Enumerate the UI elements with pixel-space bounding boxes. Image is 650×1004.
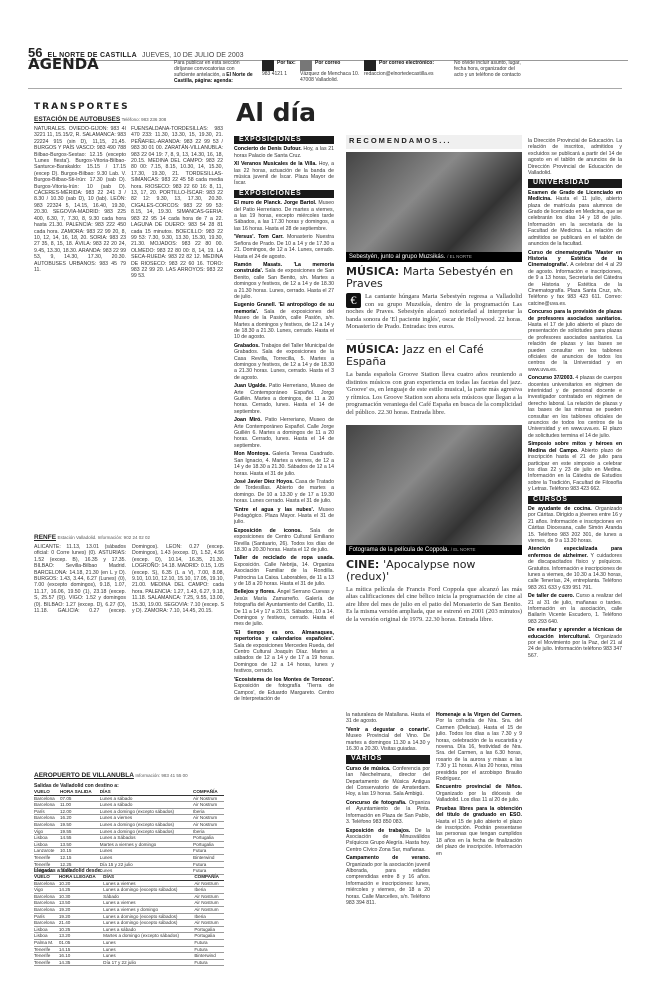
table-cell: Futura bbox=[194, 939, 224, 946]
renfe-schedule: ALICANTE: 11.13, 13.01 (sábados oficial:… bbox=[34, 544, 224, 766]
sebestyen-photo: Sebestyén, junto al grupo Muzsikás. / EL… bbox=[346, 152, 522, 262]
table-cell: Barcelona bbox=[34, 802, 60, 809]
listing-detail: la naturaleza de Matallana. Hasta el 31 … bbox=[346, 712, 430, 724]
table-row: Lisboa10.25Lunes a sábadoPortugalia bbox=[34, 926, 224, 933]
table-cell: Tenerife bbox=[34, 854, 60, 861]
story-headline-apocalypse: CINE: 'Apocalypse now (redux)' bbox=[346, 559, 522, 583]
listing-title: 'Versus'. Tom Carr. bbox=[234, 234, 284, 240]
table-cell: 16.20 bbox=[60, 815, 100, 822]
table-cell: Lunes bbox=[103, 939, 194, 946]
intro-note: Para publicar en esta sección diríjanse … bbox=[174, 60, 254, 84]
table-cell: Martes a viernes y domingo bbox=[100, 841, 193, 848]
col5-list: Homenaje a la Virgen del Carmen. Por la … bbox=[436, 712, 522, 857]
listing-detail: Y cuidadores de discapacitados físico y … bbox=[528, 553, 622, 591]
listing-detail: Museo Provincial del Vino. De martes a d… bbox=[346, 733, 430, 752]
listing-detail: Abierto plazo de inscripción hasta el 21… bbox=[528, 448, 622, 492]
listing-item: la naturaleza de Matallana. Hasta el 31 … bbox=[346, 712, 430, 725]
listing-detail: Organizado por la asociación juvenil Alb… bbox=[346, 862, 430, 906]
bus-station-title: ESTACIÓN DE AUTOBUSES bbox=[34, 116, 120, 123]
listing-item: Curso de cinematografía 'Master en Histo… bbox=[528, 250, 622, 308]
table-cell: Vigo bbox=[34, 828, 60, 835]
listing-item: Curso de música. Conferencia por Ian Nie… bbox=[346, 766, 430, 798]
listing-item: Concurso para la provisión de plazas de … bbox=[528, 309, 622, 373]
table-cell: Futura bbox=[193, 848, 224, 855]
table-cell: Lunes bbox=[100, 848, 193, 855]
listing-detail: Ángel Serrano Cuevas y Jesús María Zamar… bbox=[234, 589, 334, 627]
story-body-sebestyen: €La cantante húngara Marta Sebestyén reg… bbox=[346, 293, 522, 331]
table-cell: Air Nostrum bbox=[193, 815, 224, 822]
table-cell: 11.00 bbox=[60, 802, 100, 809]
table-cell: Air Nostrum bbox=[193, 821, 224, 828]
table-row: París19.20Lunes a domingo (excepto sábad… bbox=[34, 913, 224, 920]
recommendations: Sebestyén, junto al grupo Muzsikás. / EL… bbox=[346, 152, 522, 624]
table-cell: 10.25 bbox=[59, 926, 103, 933]
cursos-list: De ayudante de cocina. Organizado por Cá… bbox=[528, 506, 622, 659]
listing-item: Ramón Masats. 'La memoria construida'. S… bbox=[234, 262, 334, 300]
listing-title: Exposición de trabajos. bbox=[346, 828, 410, 834]
table-cell: Lisboa bbox=[34, 835, 60, 842]
computer-icon bbox=[364, 60, 376, 71]
table-cell: Martes a domingo (excepto sábados) bbox=[103, 933, 194, 940]
listing-title: Curso de música. bbox=[346, 766, 390, 772]
table-row: Barcelona19.20Lunes a viernes y domingoA… bbox=[34, 906, 224, 913]
table-cell: 19.20 bbox=[59, 906, 103, 913]
bus-schedule-col1: NATURALES. OVIEDO-GIJÓN: 983 4I 3221 11,… bbox=[34, 126, 126, 521]
listing-item: Encuentro provincial de Niños. Organizad… bbox=[436, 784, 522, 803]
mail-label: Por correo bbox=[315, 60, 340, 66]
table-cell: Tenerife bbox=[34, 861, 60, 868]
table-cell: Lunes a domingo (excepto sábados) bbox=[100, 828, 193, 835]
listing-title: Pruebas libres para la obtención del tít… bbox=[436, 806, 522, 818]
caption-text: Fotograma de la película de Coppola. bbox=[349, 547, 449, 553]
table-row: Barcelona10.20Lunes a viernesAir Nostrum bbox=[34, 880, 224, 887]
listing-detail: Hasta el 17 de julio abierto el plazo de… bbox=[528, 322, 622, 373]
listing-item: De enseñar y aprender a técnicas de educ… bbox=[528, 627, 622, 659]
table-cell: 14.55 bbox=[60, 835, 100, 842]
table-row: Tenerife12.25Día 15 y 22 julioFutura bbox=[34, 861, 224, 868]
listing-title: Grabados. bbox=[234, 343, 260, 349]
table-cell: Lunes bbox=[103, 953, 194, 960]
column-varios: la naturaleza de Matallana. Hasta el 31 … bbox=[346, 712, 430, 1002]
table-cell: Air Nostrum bbox=[194, 920, 224, 927]
table-cell: 12.15 bbox=[60, 854, 100, 861]
table-cell: 13.20 bbox=[59, 933, 103, 940]
listing-title: Exposición de iconos. bbox=[234, 528, 302, 534]
table-cell: Barcelona bbox=[34, 900, 59, 907]
table-cell: Barcelona bbox=[34, 815, 60, 822]
coppola-photo: Fotograma de la película de Coppola. / E… bbox=[346, 425, 522, 555]
listing-title: Campamento de verano. bbox=[346, 855, 430, 861]
table-cell: Lunes bbox=[100, 854, 193, 861]
listing-detail: Sala de exposiciones Mercedes Rueda, del… bbox=[234, 643, 334, 675]
table-cell: 14.25 bbox=[59, 887, 103, 894]
photo-caption: Sebestyén, junto al grupo Muzsikás. / EL… bbox=[346, 252, 522, 262]
fax-value: 983 4121 1 bbox=[262, 71, 287, 77]
story-headline-sebestyen: MÚSICA: Marta Sebestyén en Praves bbox=[346, 266, 522, 290]
table-row: París12.00Lunes a domingo (excepto sábad… bbox=[34, 808, 224, 815]
table-row: Palma M.01.05LunesFutura bbox=[34, 939, 224, 946]
mail-value: Vázquez de Menchaca 10. 47008 Valladolid… bbox=[300, 71, 359, 83]
table-cell: 19.55 bbox=[60, 828, 100, 835]
table-cell: Lisboa bbox=[34, 926, 59, 933]
listing-item: Grabados. Trabajos del Taller Municipal … bbox=[234, 343, 334, 381]
listing-title: 'Venir a degustar o conarte'. bbox=[346, 727, 430, 733]
story-body-jazz: La banda española Groove Station lleva c… bbox=[346, 371, 522, 417]
table-cell: Día 17 y 22 julio bbox=[103, 959, 194, 966]
body-text: La cantante húngara Marta Sebestyén regr… bbox=[346, 293, 522, 330]
table-cell: Lunes a domingo (excepto sábados) bbox=[103, 913, 194, 920]
table-cell: Barcelona bbox=[34, 920, 59, 927]
table-cell: Air Nostrum bbox=[194, 900, 224, 907]
table-cell: 19.50 bbox=[60, 821, 100, 828]
photo-credit: / EL NORTE bbox=[451, 547, 476, 552]
table-cell: Lisboa bbox=[34, 933, 59, 940]
listing-detail: Exposición. Calle Nebrija, 14. Organiza … bbox=[234, 562, 334, 587]
listing-title: 'Ecosistema de los Montes de Torozos'. bbox=[234, 677, 334, 683]
listing-title: José Javier Díez Hoyos. bbox=[234, 479, 294, 485]
table-cell: Futura bbox=[194, 959, 224, 966]
table-cell: 19.20 bbox=[59, 913, 103, 920]
section-bar-universidad: UNIVERSIDAD bbox=[528, 179, 622, 187]
listing-title: Mon Montoya. bbox=[234, 451, 270, 457]
table-cell: París bbox=[34, 913, 59, 920]
listing-item: Homenaje a la Virgen del Carmen. Por la … bbox=[436, 712, 522, 782]
table-cell: Portugalia bbox=[193, 835, 224, 842]
lead-text: la Dirección Provincial de Educación. La… bbox=[528, 138, 622, 176]
table-row: Barcelona19.50Lunes a domingo (excepto s… bbox=[34, 821, 224, 828]
listing-title: Concierto de Denis Dufour. bbox=[234, 146, 302, 152]
table-cell: Barcelona bbox=[34, 880, 59, 887]
listing-title: Concurso 37/2003. bbox=[528, 375, 574, 381]
listing-detail: Exposición de fotografía 'Tierra de Camp… bbox=[234, 683, 334, 702]
arrivals-table: VUELO HORA LLEGADA DÍAS COMPAÑÍA Barcelo… bbox=[34, 874, 224, 966]
listing-title: De taller de cuero. bbox=[528, 593, 574, 599]
listing-title: Encuentro provincial de Niños. bbox=[436, 784, 522, 790]
listing-title: Concurso para la provisión de plazas de … bbox=[528, 309, 622, 321]
table-cell: 12.25 bbox=[60, 861, 100, 868]
table-cell: Portugalia bbox=[194, 933, 224, 940]
airport-title: AEROPUERTO DE VILLANUBLA bbox=[34, 772, 134, 779]
table-cell: 16.10 bbox=[59, 953, 103, 960]
listing-item: 'Entre el agua y las nubes'. Museo Pedag… bbox=[234, 507, 334, 526]
table-cell: Tenerife bbox=[34, 953, 59, 960]
table-cell: Lunes a domingo (excepto sábados) bbox=[103, 887, 194, 894]
listing-item: El muro de Planck. Jorge Bartol. Museo d… bbox=[234, 200, 334, 232]
recomendamos-heading: RECOMENDAMOS... bbox=[346, 135, 522, 149]
listing-detail: Por la cofradía de Nra. Sra. del Carmen … bbox=[436, 718, 522, 782]
section-title: AGENDA bbox=[28, 56, 99, 72]
table-cell: Air Nostrum bbox=[193, 795, 224, 802]
table-cell: 13.50 bbox=[60, 841, 100, 848]
table-cell: 13.50 bbox=[59, 900, 103, 907]
table-cell: Sábado bbox=[103, 893, 194, 900]
listing-item: Exposición de trabajos. De la Asociación… bbox=[346, 828, 430, 854]
al-dia-column: EXPOSICIONES Concierto de Denis Dufour. … bbox=[234, 133, 334, 965]
table-cell: Barcelona bbox=[34, 906, 59, 913]
table-cell: Air Nostrum bbox=[193, 802, 224, 809]
listing-item: 'Venir a degustar o conarte'. Museo Prov… bbox=[346, 727, 430, 753]
table-cell: Iberia bbox=[194, 913, 224, 920]
listing-detail: Hasta el 11 julio, abierto plaza de matr… bbox=[528, 196, 622, 247]
fax-icon bbox=[262, 60, 274, 71]
table-row: Lisboa14.55Lunes a SábadosPortugalia bbox=[34, 835, 224, 842]
table-cell: Binterwind bbox=[194, 953, 224, 960]
listing-item: Pruebas libres para la obtención del tít… bbox=[436, 806, 522, 857]
table-cell: Portugalia bbox=[194, 926, 224, 933]
bus-schedule-col2: FUENSALDAÑA-TORDESILLAS: 983 470 233: 11… bbox=[131, 126, 223, 521]
table-cell: Futura bbox=[194, 946, 224, 953]
col4-list: la naturaleza de Matallana. Hasta el 31 … bbox=[346, 712, 430, 752]
listing-detail: A celebrar del 4 al 29 de agosto. Inform… bbox=[528, 262, 622, 306]
listing-title: 'Entre el agua y las nubes'. bbox=[234, 507, 314, 513]
listing-item: Atención especializada para enfermos de … bbox=[528, 546, 622, 591]
table-row: Barcelona13.50Lunes a viernesAir Nostrum bbox=[34, 900, 224, 907]
table-cell: Vigo bbox=[34, 887, 59, 894]
listing-item: José Javier Díez Hoyos. Casa de Tratado … bbox=[234, 479, 334, 505]
table-row: Tenerife14.15LunesFutura bbox=[34, 946, 224, 953]
table-row: Vigo19.55Lunes a domingo (excepto sábado… bbox=[34, 828, 224, 835]
story-headline-jazz: MÚSICA: Jazz en el Café España bbox=[346, 344, 522, 368]
photo-caption: Fotograma de la película de Coppola. / E… bbox=[346, 545, 522, 555]
listing-item: Bellejos y flores. Ángel Serrano Cuevas … bbox=[234, 589, 334, 627]
listing-item: 'El tiempo es oro. Almanaques, repertori… bbox=[234, 630, 334, 675]
table-cell: 10.20 bbox=[59, 880, 103, 887]
listing-item: Juan Ugalde. Patio Herreriano, Museo de … bbox=[234, 383, 334, 415]
table-cell: Lunes a domingo (excepto sábados) bbox=[100, 808, 193, 815]
listing-item: Mon Montoya. Galería Teresa Cuadrado. Sa… bbox=[234, 451, 334, 477]
listing-title: Homenaje a la Virgen del Carmen. bbox=[436, 712, 522, 718]
mail-contact: Por correoVázquez de Menchaca 10. 47008 … bbox=[300, 60, 365, 83]
listing-item: De taller de cuero. Curso a realizar del… bbox=[528, 593, 622, 625]
table-row: Barcelona11.00Lunes a sábadoAir Nostrum bbox=[34, 802, 224, 809]
table-cell: 12.00 bbox=[60, 808, 100, 815]
table-cell: Iberia bbox=[193, 828, 224, 835]
airport-heading: AEROPUERTO DE VILLANUBLA Información: 98… bbox=[34, 773, 224, 779]
right-column: la Dirección Provincial de Educación. La… bbox=[528, 138, 622, 1002]
table-cell: Lunes a domingo (excepto sábados) bbox=[103, 920, 194, 927]
fax-contact: Por fax:983 4121 1 bbox=[262, 60, 302, 77]
email-label: Por correo electrónico: bbox=[379, 60, 434, 66]
table-row: Lisboa13.20Martes a domingo (excepto sáb… bbox=[34, 933, 224, 940]
envelope-icon bbox=[300, 60, 312, 71]
caption-text: Sebestyén, junto al grupo Muzsikás. bbox=[349, 254, 445, 260]
table-cell: Lunes a sábado bbox=[100, 802, 193, 809]
listing-item: Simposio sobre mitos y héroes en Medina … bbox=[528, 441, 622, 492]
listing-title: Concurso de fotografía. bbox=[346, 800, 407, 806]
airport-info: Información: 983 41 55 00 bbox=[135, 773, 187, 778]
table-cell: 14.15 bbox=[59, 946, 103, 953]
bus-station-heading: ESTACIÓN DE AUTOBUSES Teléfono: 983 236 … bbox=[34, 117, 224, 123]
al-dia-list-1: Concierto de Denis Dufour. Hoy, a las 21… bbox=[234, 146, 334, 186]
table-cell: Lunes a domingo (excepto sábados) bbox=[100, 821, 193, 828]
listing-detail: Organizado por la diócesis de Valladolid… bbox=[436, 791, 522, 803]
table-cell: Air Nostrum bbox=[194, 893, 224, 900]
table-cell: Lisboa bbox=[34, 841, 60, 848]
table-cell: Portugalia bbox=[193, 841, 224, 848]
table-cell: Barcelona bbox=[34, 795, 60, 802]
listing-detail: Organizado por Cáritas. Dirigido a jóven… bbox=[528, 506, 622, 544]
table-cell: Lunes a Sábados bbox=[100, 835, 193, 842]
listing-item: Examen de Grado de Licenciado en Medicin… bbox=[528, 190, 622, 248]
table-row: Barcelona10.30SábadoAir Nostrum bbox=[34, 893, 224, 900]
issue-date: JUEVES, 10 DE JULIO DE 2003 bbox=[142, 53, 244, 59]
renfe-info: Estación Valladolid. Información: 902 24… bbox=[57, 535, 149, 540]
listing-item: 'Versus'. Tom Carr. Monasterio Nuestra S… bbox=[234, 234, 334, 260]
email-value[interactable]: redaccion@elnortedecastilla.es bbox=[364, 71, 434, 77]
section-bar-varios: VARIOS bbox=[346, 755, 430, 763]
section-bar-exposiciones-2: EXPOSICIONES bbox=[234, 190, 334, 198]
table-row: Lanzarote10.15LunesFutura bbox=[34, 848, 224, 855]
listing-item: Concierto de Denis Dufour. Hoy, a las 21… bbox=[234, 146, 334, 159]
column-religion: Homenaje a la Virgen del Carmen. Por la … bbox=[436, 712, 522, 1002]
section-bar-exposiciones: EXPOSICIONES bbox=[234, 136, 334, 144]
table-cell: 10.15 bbox=[60, 848, 100, 855]
table-cell: Iberia bbox=[194, 887, 224, 894]
listing-item: Joan Miró. Patio Herreriano, Museo de Ar… bbox=[234, 417, 334, 449]
listing-item: Concurso 37/2003. 4 plazas de cuerpos do… bbox=[528, 375, 622, 439]
listing-detail: Trabajos del Taller Municipal de Grabado… bbox=[234, 343, 334, 381]
listing-title: Juan Ugalde. bbox=[234, 383, 267, 389]
table-row: Tenerife12.15LunesBinterwind bbox=[34, 854, 224, 861]
table-cell: Binterwind bbox=[193, 854, 224, 861]
fax-label: Por fax: bbox=[277, 60, 296, 66]
table-cell: Día 15 y 22 julio bbox=[100, 861, 193, 868]
submission-note: No olvide incluir asunto, lugar, fecha h… bbox=[454, 60, 524, 78]
table-cell: Barcelona bbox=[34, 893, 59, 900]
universidad-list: Examen de Grado de Licenciado en Medicin… bbox=[528, 190, 622, 493]
listing-title: El muro de Planck. Jorge Bartol. bbox=[234, 200, 316, 206]
table-cell: Lunes a viernes y domingo bbox=[103, 906, 194, 913]
header-divider bbox=[28, 88, 622, 89]
listing-item: Eugenio Granell. 'El antropólogo de su m… bbox=[234, 302, 334, 340]
table-cell: Lunes a viernes bbox=[103, 880, 194, 887]
photo-credit: / EL NORTE bbox=[447, 254, 472, 259]
table-cell: Lanzarote bbox=[34, 848, 60, 855]
table-row: Barcelona21.40Lunes a domingo (excepto s… bbox=[34, 920, 224, 927]
table-cell: Palma M. bbox=[34, 939, 59, 946]
table-cell: 01.05 bbox=[59, 939, 103, 946]
email-contact: Por correo electrónico:redaccion@elnorte… bbox=[364, 60, 442, 77]
listing-item: De ayudante de cocina. Organizado por Cá… bbox=[528, 506, 622, 544]
divider bbox=[346, 339, 522, 340]
al-dia-list-2: El muro de Planck. Jorge Bartol. Museo d… bbox=[234, 200, 334, 965]
table-cell: Lunes a viernes bbox=[103, 900, 194, 907]
listing-title: Joan Miró. bbox=[234, 417, 262, 423]
table-cell: Iberia bbox=[193, 808, 224, 815]
table-cell: Tenerife bbox=[34, 946, 59, 953]
table-cell: 14.35 bbox=[59, 959, 103, 966]
bus-station-info: Teléfono: 983 236 308 bbox=[122, 117, 167, 122]
renfe-heading: RENFE Estación Valladolid. Información: … bbox=[34, 535, 224, 541]
departures-table: VUELO HORA SALIDA DÍAS COMPAÑÍA Barcelon… bbox=[34, 789, 224, 875]
table-cell: Lunes a sábado bbox=[103, 926, 194, 933]
arrivals-table-wrap: VUELO HORA LLEGADA DÍAS COMPAÑÍA Barcelo… bbox=[34, 874, 224, 966]
listing-detail: 4 plazas de cuerpos docentes universitar… bbox=[528, 375, 622, 439]
varios-list: Curso de música. Conferencia por Ian Nie… bbox=[346, 766, 430, 907]
table-row: Barcelona16.20Lunes a viernesAir Nostrum bbox=[34, 815, 224, 822]
table-cell: París bbox=[34, 808, 60, 815]
table-row: Vigo14.25Lunes a domingo (excepto sábado… bbox=[34, 887, 224, 894]
renfe-title: RENFE bbox=[34, 534, 56, 541]
listing-title: Taller de reciclado de ropa usada. bbox=[234, 555, 334, 561]
listing-title: 'El tiempo es oro. Almanaques, repertori… bbox=[234, 630, 334, 642]
table-cell: Lunes a viernes bbox=[100, 815, 193, 822]
listing-item: 'Ecosistema de los Montes de Torozos'. E… bbox=[234, 677, 334, 703]
table-cell: 07.05 bbox=[60, 795, 100, 802]
table-cell: Air Nostrum bbox=[194, 906, 224, 913]
listing-item: Taller de reciclado de ropa usada. Expos… bbox=[234, 555, 334, 587]
listing-detail: Hasta el 15 de julio abierto el plazo de… bbox=[436, 819, 522, 857]
section-bar-cursos: CURSOS bbox=[528, 496, 622, 504]
table-cell: 21.40 bbox=[59, 920, 103, 927]
table-cell: Air Nostrum bbox=[194, 880, 224, 887]
listing-item: Campamento de verano. Organizado por la … bbox=[346, 855, 430, 906]
table-cell: Futura bbox=[193, 861, 224, 868]
listing-title: XI Veranos Musicales de la Villa. bbox=[234, 161, 317, 167]
listing-item: XI Veranos Musicales de la Villa. Hoy, a… bbox=[234, 161, 334, 187]
euro-logo-icon: € bbox=[346, 293, 361, 308]
table-cell: Lunes a sábado bbox=[100, 795, 193, 802]
table-cell: Tenerife bbox=[34, 959, 59, 966]
departures-table-wrap: VUELO HORA SALIDA DÍAS COMPAÑÍA Barcelon… bbox=[34, 789, 224, 875]
table-cell: 10.30 bbox=[59, 893, 103, 900]
transportes-heading: TRANSPORTES bbox=[34, 104, 130, 110]
listing-item: Exposición de iconos. Sala de exposicion… bbox=[234, 528, 334, 554]
table-row: Barcelona07.05Lunes a sábadoAir Nostrum bbox=[34, 795, 224, 802]
listing-title: Bellejos y flores. bbox=[234, 589, 276, 595]
listing-item: Concurso de fotografía. Organiza el Ayun… bbox=[346, 800, 430, 826]
table-cell: Barcelona bbox=[34, 821, 60, 828]
table-row: Tenerife14.35Día 17 y 22 julioFutura bbox=[34, 959, 224, 966]
table-row: Lisboa13.50Martes a viernes y domingoPor… bbox=[34, 841, 224, 848]
listing-title: De ayudante de cocina. bbox=[528, 506, 592, 512]
table-cell: Lunes bbox=[103, 946, 194, 953]
story-body-apocalypse: La mítica película de Francis Ford Coppo… bbox=[346, 586, 522, 624]
al-dia-title: Al día bbox=[236, 100, 316, 126]
table-row: Tenerife16.10LunesBinterwind bbox=[34, 953, 224, 960]
